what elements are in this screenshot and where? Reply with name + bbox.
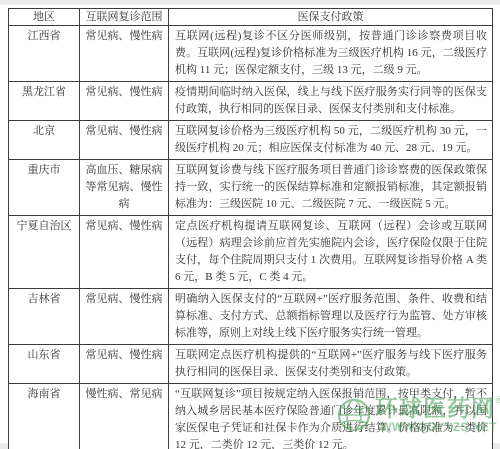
cell-region: 宁夏自治区 (9, 216, 80, 289)
cell-policy: 互联网复诊费与线下医疗服务项目普通门诊诊察费的医保政策保持一致，实行统一的医保结… (169, 160, 493, 216)
cell-scope: 常见病、慢性病 (80, 26, 169, 82)
table-header-row: 地区 互联网复诊范围 医保支付政策 (9, 9, 493, 26)
cell-region: 北京 (9, 121, 80, 160)
cell-region: 山东省 (9, 345, 80, 384)
cell-scope: 常见病、慢性病 (80, 345, 169, 384)
cell-policy: 疫情期间临时纳入医保，线上与线下医疗服务实行同等的医保支付政策，执行相同的医保目… (169, 82, 493, 121)
table-row: 北京 常见病、慢性病 互联网复诊价格为三级医疗机构 50 元，二级医疗机构 30… (9, 121, 493, 160)
cell-region: 黑龙江省 (9, 82, 80, 121)
table-row: 山东省 常见病、慢性病 互联网定点医疗机构提供的“互联网+”医疗服务与线下医疗服… (9, 345, 493, 384)
cell-scope: 慢性病、常见病 (80, 384, 169, 449)
table-row: 海南省 慢性病、常见病 “互联网复诊”项目按规定纳入医保报销范围，按甲类支付，暂… (9, 384, 493, 449)
cell-policy: 互联网定点医疗机构提供的“互联网+”医疗服务与线下医疗服务执行相同的医保目录、医… (169, 345, 493, 384)
cell-policy: 定点医疗机构提请互联网复诊、互联网（远程）会诊或互联网 （远程）病理会诊前应首先… (169, 216, 493, 289)
table-row: 重庆市 高血压、糖尿病等常见病、慢性病 互联网复诊费与线下医疗服务项目普通门诊诊… (9, 160, 493, 216)
table-row: 吉林省 常见病、慢性病 明确纳入医保支付的“互联网+”医疗服务范围、条件、收费和… (9, 289, 493, 345)
cell-policy: “互联网复诊”项目按规定纳入医保报销范围，按甲类支付，暂不纳入城乡居民基本医疗保… (169, 384, 493, 449)
col-header-region: 地区 (9, 9, 80, 26)
cell-scope: 高血压、糖尿病等常见病、慢性病 (80, 160, 169, 216)
cell-scope: 常见病、慢性病 (80, 121, 169, 160)
policy-table: 地区 互联网复诊范围 医保支付政策 江西省 常见病、慢性病 互联网(远程)复诊不… (8, 8, 493, 449)
table-row: 宁夏自治区 常见病、慢性病 定点医疗机构提请互联网复诊、互联网（远程）会诊或互联… (9, 216, 493, 289)
cell-policy: 互联网复诊价格为三级医疗机构 50 元，二级医疗机构 30 元，一级医疗机构 2… (169, 121, 493, 160)
table-row: 江西省 常见病、慢性病 互联网(远程)复诊不区分医师级别，按普通门诊诊察费项目收… (9, 26, 493, 82)
col-header-policy: 医保支付政策 (169, 9, 493, 26)
cell-scope: 常见病、慢性病 (80, 82, 169, 121)
cell-policy: 明确纳入医保支付的“互联网+”医疗服务范围、条件、收费和结算标准、支付方式、总额… (169, 289, 493, 345)
cell-region: 吉林省 (9, 289, 80, 345)
cell-policy: 互联网(远程)复诊不区分医师级别，按普通门诊诊察费项目收费。互联网(远程)复诊价… (169, 26, 493, 82)
cell-region: 海南省 (9, 384, 80, 449)
cell-region: 江西省 (9, 26, 80, 82)
cell-region: 重庆市 (9, 160, 80, 216)
col-header-scope: 互联网复诊范围 (80, 9, 169, 26)
cell-scope: 常见病、慢性病 (80, 216, 169, 289)
table-row: 黑龙江省 常见病、慢性病 疫情期间临时纳入医保，线上与线下医疗服务实行同等的医保… (9, 82, 493, 121)
cell-scope: 常见病、慢性病 (80, 289, 169, 345)
